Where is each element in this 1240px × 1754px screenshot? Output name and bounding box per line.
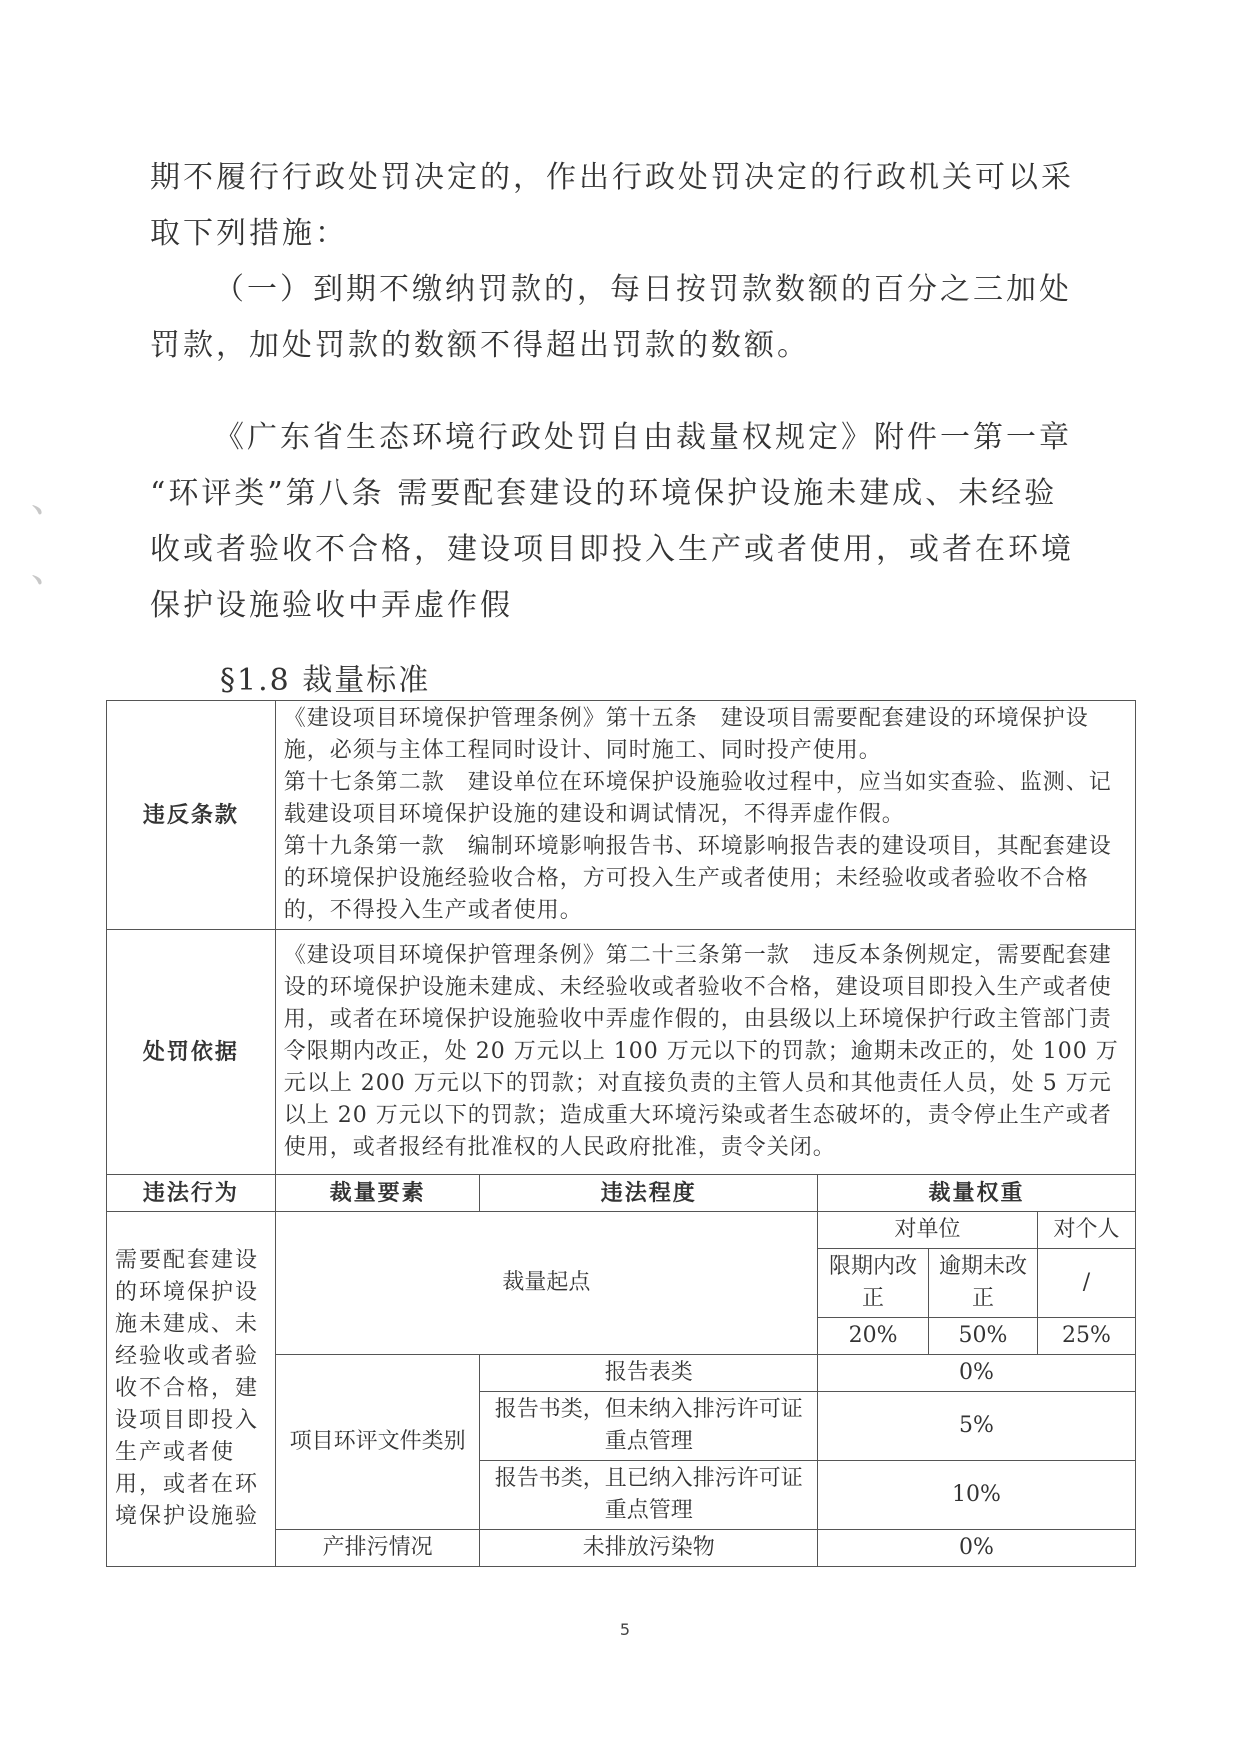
- text-line: 保护设施验收中弄虚作假: [150, 578, 1110, 634]
- weight-to-unit: 对单位: [818, 1212, 1038, 1249]
- text-fragment: 《广东省生态环境行政处罚自由裁量权规定》附件一第一章: [214, 420, 1072, 455]
- scan-artifact: ﹅: [30, 570, 44, 590]
- header-weight: 裁量权重: [818, 1175, 1136, 1212]
- weight-to-individual: 对个人: [1037, 1212, 1135, 1249]
- degree-cell: 未排放污染物: [480, 1530, 818, 1567]
- paragraph-penalty-measures: 期不履行行政处罚决定的，作出行政处罚决定的行政机关可以采 取下列措施： （一）到…: [150, 150, 1110, 374]
- degree-cell: 报告表类: [480, 1355, 818, 1392]
- table-row-weight-targets: 需要配套建设的环境保护设施未建成、未经验收或者验收不合格，建设项目即投入生产或者…: [107, 1212, 1136, 1249]
- weight-cell: 0%: [818, 1530, 1136, 1567]
- overdue-value: 50%: [929, 1318, 1038, 1355]
- weight-cell: 5%: [818, 1392, 1136, 1461]
- individual-sub-label: /: [1037, 1249, 1135, 1318]
- text-line: （一）到期不缴纳罚款的，每日按罚款数额的百分之三加处: [150, 262, 1110, 318]
- degree-cell: 报告书类，且已纳入排污许可证重点管理: [480, 1461, 818, 1530]
- violated-clauses-label: 违反条款: [107, 701, 276, 930]
- clause-text: 《建设项目环境保护管理条例》第十五条 建设项目需要配套建设的环境保护设施，必须与…: [284, 703, 1127, 767]
- header-degree: 违法程度: [480, 1175, 818, 1212]
- factor-cell: 项目环评文件类别: [275, 1355, 480, 1530]
- section-heading: §1.8 裁量标准: [220, 655, 430, 699]
- text-line: 罚款，加处罚款的数额不得超出罚款的数额。: [150, 318, 1110, 374]
- overdue-label: 逾期未改正: [929, 1249, 1038, 1318]
- discretion-standard-table: 违反条款 《建设项目环境保护管理条例》第十五条 建设项目需要配套建设的环境保护设…: [106, 700, 1136, 1567]
- header-behavior: 违法行为: [107, 1175, 276, 1212]
- starting-point-label: 裁量起点: [275, 1212, 817, 1355]
- text-line: 取下列措施：: [150, 206, 1110, 262]
- within-deadline-value: 20%: [818, 1318, 929, 1355]
- text-line: 《广东省生态环境行政处罚自由裁量权规定》附件一第一章: [150, 410, 1110, 466]
- clause-text: 第十九条第一款 编制环境影响报告书、环境影响报告表的建设项目，其配套建设的环境保…: [284, 831, 1127, 927]
- text-fragment: （一）到期不缴纳罚款的，每日按罚款数额的百分之三加处: [214, 272, 1072, 307]
- table-header-row: 违法行为 裁量要素 违法程度 裁量权重: [107, 1175, 1136, 1212]
- clause-text: 第十七条第二款 建设单位在环境保护设施验收过程中，应当如实查验、监测、记载建设项…: [284, 767, 1127, 831]
- violation-behavior-cell: 需要配套建设的环境保护设施未建成、未经验收或者验收不合格，建设项目即投入生产或者…: [107, 1212, 276, 1567]
- scan-artifact: ﹅: [30, 500, 44, 520]
- factor-cell: 产排污情况: [275, 1530, 480, 1567]
- header-factor: 裁量要素: [275, 1175, 480, 1212]
- individual-value: 25%: [1037, 1318, 1135, 1355]
- paragraph-regulation-citation: 《广东省生态环境行政处罚自由裁量权规定》附件一第一章 “环评类”第八条 需要配套…: [150, 410, 1110, 634]
- table-row-penalty-basis: 处罚依据 《建设项目环境保护管理条例》第二十三条第一款 违反本条例规定，需要配套…: [107, 930, 1136, 1175]
- page-number: 5: [0, 1620, 1240, 1639]
- weight-cell: 0%: [818, 1355, 1136, 1392]
- penalty-basis-content: 《建设项目环境保护管理条例》第二十三条第一款 违反本条例规定，需要配套建设的环境…: [275, 930, 1135, 1175]
- text-line: 期不履行行政处罚决定的，作出行政处罚决定的行政机关可以采: [150, 150, 1110, 206]
- table-row-violated-clauses: 违反条款 《建设项目环境保护管理条例》第十五条 建设项目需要配套建设的环境保护设…: [107, 701, 1136, 930]
- degree-cell: 报告书类，但未纳入排污许可证重点管理: [480, 1392, 818, 1461]
- within-deadline-label: 限期内改正: [818, 1249, 929, 1318]
- text-line: 收或者验收不合格，建设项目即投入生产或者使用，或者在环境: [150, 522, 1110, 578]
- weight-cell: 10%: [818, 1461, 1136, 1530]
- text-line: “环评类”第八条 需要配套建设的环境保护设施未建成、未经验: [150, 466, 1110, 522]
- penalty-basis-label: 处罚依据: [107, 930, 276, 1175]
- violated-clauses-content: 《建设项目环境保护管理条例》第十五条 建设项目需要配套建设的环境保护设施，必须与…: [275, 701, 1135, 930]
